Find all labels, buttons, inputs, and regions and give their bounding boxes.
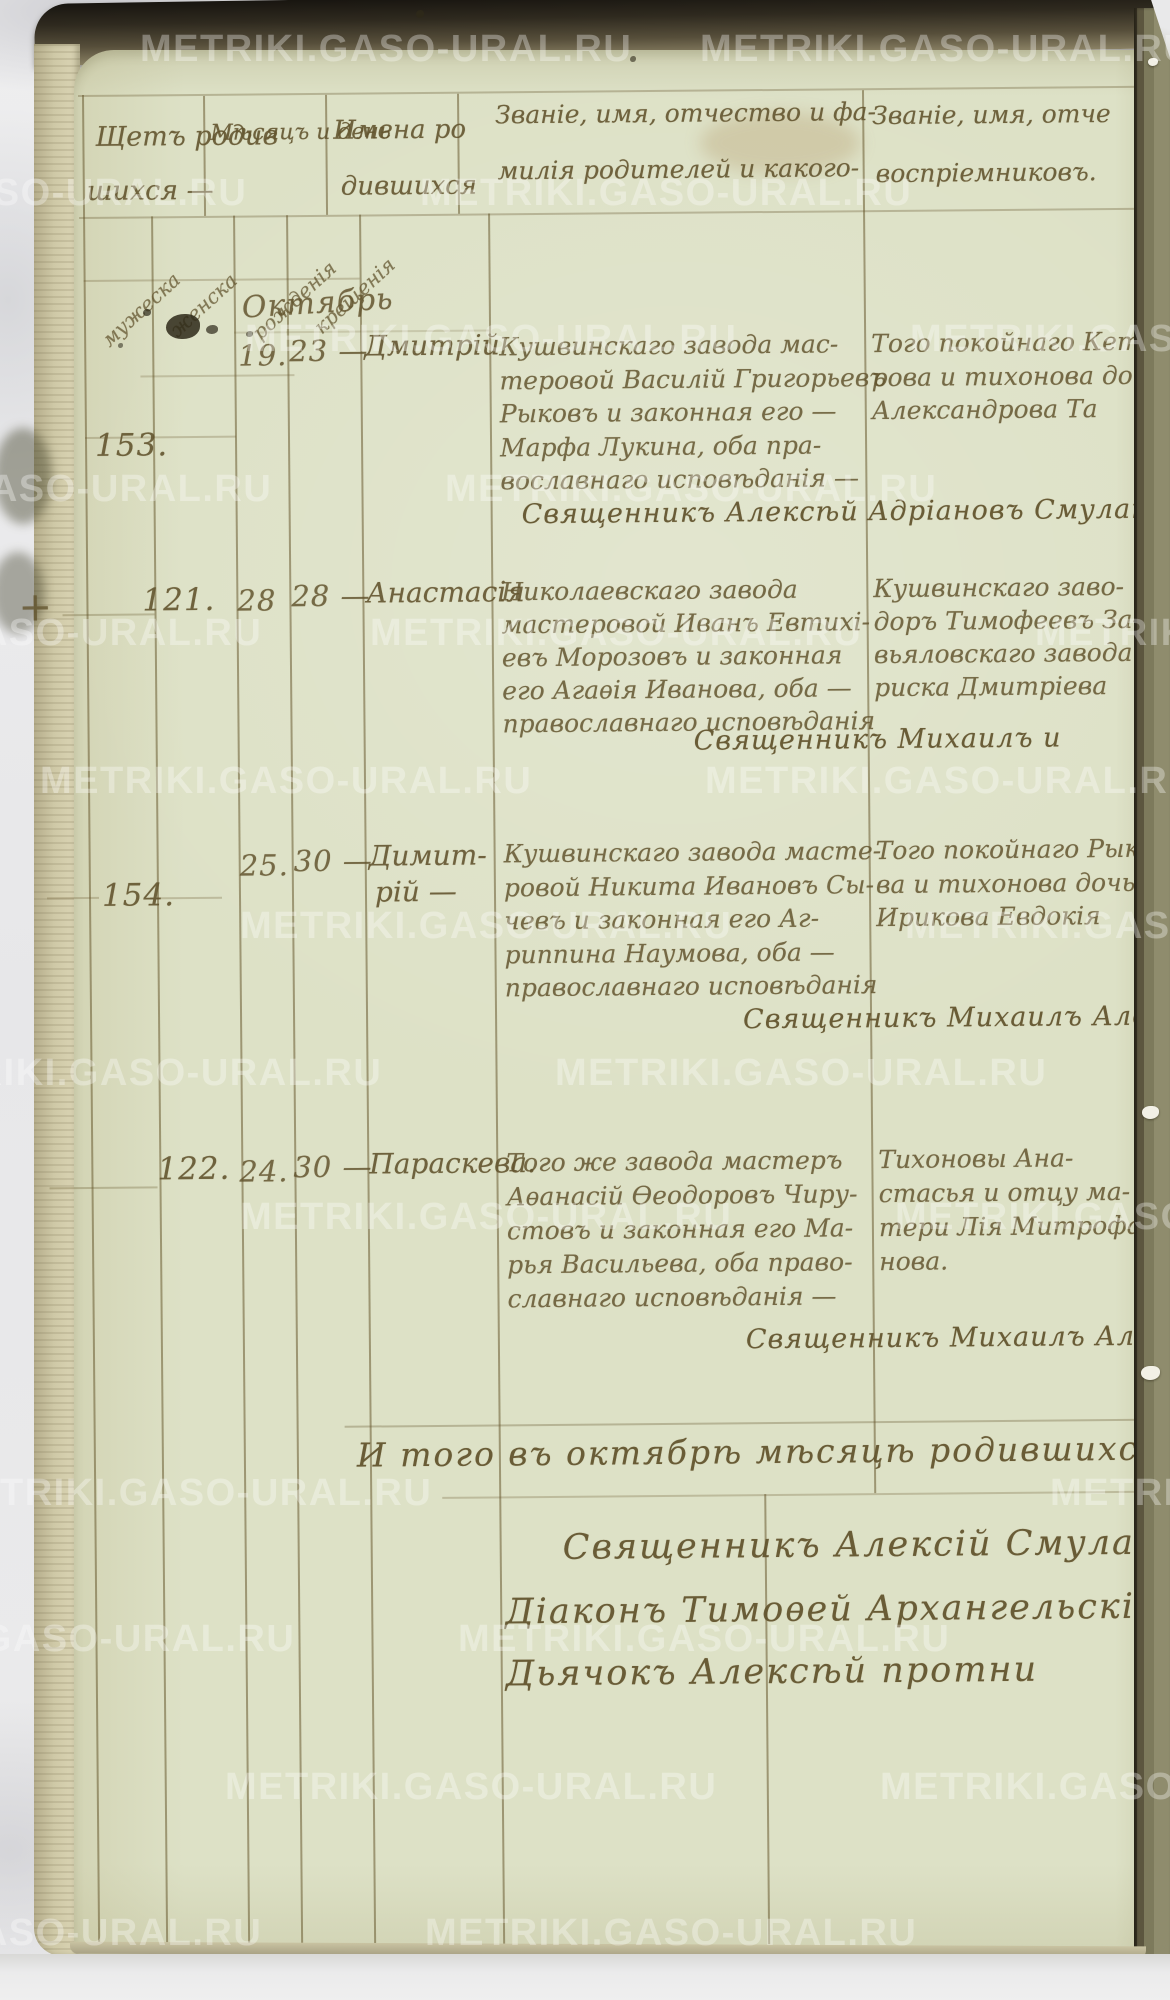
- ruled-line-vertical: [286, 215, 303, 1948]
- ruled-line-vertical: [82, 95, 100, 1950]
- godparents-entry-line: Того покойнаго Рыко-: [875, 834, 1162, 866]
- priest-signature: Священникъ Алексѣй Адріановъ Смуланскій.: [522, 493, 1170, 530]
- parents-entry-line: Рыковъ и законная его —: [500, 396, 837, 428]
- parents-entry-line: Аѳанасій Ѳеодоровъ Чиру-: [507, 1179, 858, 1211]
- ruled-line-vertical: [325, 95, 328, 215]
- parents-entry-line: Кушвинскаго завода масте-: [504, 836, 882, 868]
- godparents-entry-line: доръ Тимофеевъ За-: [873, 605, 1141, 636]
- birth-day: 28: [237, 583, 276, 617]
- margin-cross-mark: +: [18, 584, 52, 630]
- ink-blot: [246, 331, 253, 337]
- ruled-line-horizontal: [47, 897, 99, 899]
- birth-day: 19.: [238, 338, 287, 372]
- parents-entry-line: вославнаго исповѣданія —: [500, 463, 859, 495]
- parents-entry-line: Кушвинскаго завода мас-: [499, 329, 838, 361]
- parents-entry-line: рья Васильева, оба право-: [507, 1247, 853, 1279]
- clergy-signature: Діаконъ Тимоѳей Архангельскі: [505, 1587, 1135, 1632]
- record-number: 154.: [102, 877, 175, 914]
- baptism-day: 30 —: [293, 1150, 372, 1185]
- ink-speck: [630, 56, 636, 62]
- baptism-day: 30 —: [294, 843, 373, 878]
- parents-entry-line: славнаго исповѣданія —: [507, 1281, 836, 1313]
- birth-day: 25.: [240, 848, 289, 882]
- ink-blot: [206, 325, 218, 334]
- ink-speck: [416, 10, 424, 18]
- ruled-line-vertical: [359, 215, 376, 1948]
- parents-entry-line: чевъ и законная его Аг-: [504, 904, 819, 936]
- priest-signature: Священникъ Михаилъ Алекса: [743, 1000, 1170, 1035]
- column-header-parents: Званіе, имя, отчество и фа-: [495, 97, 876, 129]
- godparents-entry-line: нова.: [879, 1246, 948, 1276]
- godparents-entry-line: ва и тихонова дочь: [876, 867, 1136, 898]
- column-header-names: Имена ро: [333, 115, 466, 146]
- ledger-ink-layer: Щетъ родившихся —Мѣсяцъ и деньИмена роди…: [0, 0, 1170, 2000]
- ink-blot: [143, 309, 151, 316]
- ruled-line-vertical: [233, 216, 250, 1949]
- priest-signature: Священникъ Михаилъ Алекс: [746, 1320, 1170, 1355]
- parents-entry-line: мастеровой Иванъ Евтихі-: [502, 607, 871, 639]
- parents-entry-line: риппина Наумова, оба —: [504, 937, 834, 969]
- month-label: Октябрь: [241, 281, 395, 325]
- baptism-day: 28 —: [291, 579, 370, 614]
- infant-name: Димит-: [369, 838, 487, 872]
- godparents-entry-line: рова и тихонова дочь: [871, 360, 1162, 392]
- record-number: 122.: [157, 1151, 230, 1188]
- ruled-line-horizontal: [50, 1186, 158, 1188]
- ruled-line-horizontal: [78, 86, 1168, 97]
- parents-entry-line: Того же завода мастеръ: [506, 1145, 842, 1177]
- parents-entry-line: его Агаѳія Иванова, оба —: [502, 673, 852, 705]
- godparents-entry-line: стасья и отцу ма-: [878, 1177, 1130, 1208]
- column-header-count: шихся —: [87, 175, 214, 207]
- column-header-names: дившихся: [341, 171, 477, 202]
- metrical-book-scan: Щетъ родившихся —Мѣсяцъ и деньИмена роди…: [0, 0, 1170, 2000]
- monthly-total-line: И того въ октябрѣ мѣсяцѣ родившихся муж: [357, 1428, 1170, 1475]
- godparents-entry-line: Тихоновы Ана-: [878, 1143, 1073, 1174]
- infant-name: Дмитрій: [364, 328, 500, 362]
- column-header-parents: милія родителей и какого-: [498, 153, 860, 185]
- parents-entry-line: стовъ и законная его Ма-: [507, 1213, 853, 1245]
- godparents-entry-line: Кушвинскаго заво-: [873, 572, 1124, 603]
- ruled-line-vertical: [862, 90, 876, 1493]
- ink-blot: [118, 343, 123, 348]
- ruled-line-horizontal: [345, 1418, 1170, 1427]
- page-right-edge-band: [1134, 8, 1170, 1990]
- clergy-signature: Священникъ Алексій Смуланскій: [563, 1522, 1170, 1568]
- godparents-entry-line: тери Лія Митрофа-: [879, 1211, 1151, 1242]
- godparents-entry-line: вьяловскаго завода: [874, 638, 1133, 669]
- priest-signature: Священникъ Михаилъ и: [694, 722, 1062, 756]
- godparents-entry-line: Александрова Та: [872, 394, 1098, 425]
- ruled-line-horizontal: [140, 374, 294, 377]
- birth-day: 24.: [239, 1154, 288, 1188]
- godparents-entry-line: Того покойнаго Кет-: [871, 327, 1149, 358]
- ink-blot: [166, 314, 200, 339]
- ruled-line-horizontal: [79, 208, 1169, 219]
- scanner-bottom-strip: [0, 1954, 1170, 2000]
- record-number: 121.: [142, 582, 215, 619]
- parents-entry-line: Марфа Лукина, оба пра-: [500, 430, 821, 462]
- baptism-day: 23 —: [289, 334, 368, 369]
- column-header-godparents: воспріемниковъ.: [876, 157, 1097, 188]
- ruled-line-vertical: [151, 216, 168, 1949]
- ruled-line-horizontal: [63, 613, 155, 615]
- ruled-line-horizontal: [442, 1490, 1170, 1498]
- column-header-godparents: Званіе, имя, отче: [872, 99, 1111, 130]
- clergy-signature: Дьячокъ Алексѣй протни: [506, 1650, 1039, 1695]
- parents-entry-line: теровой Василій Григорьевъ: [499, 362, 886, 394]
- parents-entry-line: Николаевскаго завода: [501, 575, 798, 607]
- parents-entry-line: православнаго исповѣданія: [505, 970, 878, 1002]
- godparents-entry-line: риска Дмитріева: [874, 671, 1107, 702]
- parents-entry-line: ровой Никита Ивановъ Сы-: [504, 870, 874, 902]
- record-number: 153.: [95, 427, 168, 464]
- godparents-entry-line: Ирикова Евдокія: [876, 901, 1101, 932]
- parents-entry-line: евъ Морозовъ и законная: [502, 640, 843, 672]
- infant-name: рій —: [375, 875, 457, 909]
